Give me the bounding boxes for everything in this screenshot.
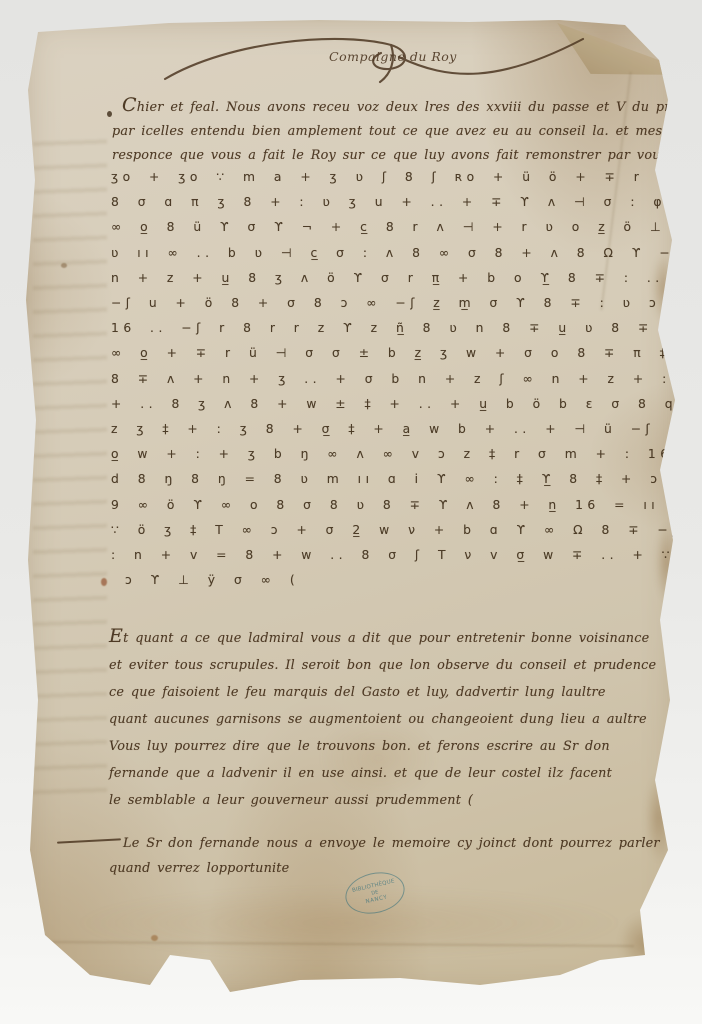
handwritten-line: par icelles entendu bien amplement tout … [112, 120, 668, 144]
handwritten-line: le semblable a leur gouverneur aussi pru… [109, 787, 669, 814]
ink-bleed-through [33, 131, 107, 799]
handwritten-line: Vous luy pourrez dire que le trouvons bo… [109, 733, 669, 760]
cipher-line: + .. 8 ʒ ʌ 8 + w ± ‡ + .. + u̲ b ö b ε σ… [111, 392, 671, 417]
cipher-line: ɔ ϒ ⊥ ÿ σ ∞ ( [111, 568, 671, 593]
cipher-line: d 8 ŋ 8 ŋ = 8 ʋ m ıı ɑ i ϒ ∞ : ‡ ϒ̲ 8 ‡ … [111, 467, 671, 492]
handwritten-line: quant aucunes garnisons se augmentoient … [109, 706, 669, 733]
header-title: Compaigne du Roy [329, 49, 457, 64]
handwritten-line: ce que faisoient le feu marquis del Gast… [109, 679, 669, 706]
second-paragraph: Et quant a ce que ladmiral vous a dit qu… [109, 623, 669, 814]
stamp-text: NANCY [365, 894, 388, 905]
cipher-line: : n + v = 8 + w .. 8 σ ʃ T ν v σ̲ w ∓ ..… [111, 543, 671, 568]
handwritten-line: Chier et feal. Nous avons receu voz deux… [112, 93, 668, 120]
rust-spot [101, 578, 107, 586]
cipher-line: ∞ o̲ + ∓ r ü ⊣ σ σ ± b z̲ ʒ w + σ o 8 ∓ … [111, 341, 671, 366]
cipher-line: 16 .. −ʃ r 8 r r z ϒ z ñ̲ 8 ʋ n 8 ∓ u̲ ʋ… [111, 316, 671, 341]
cipher-line: z ʒ ‡ + : ʒ 8 + σ̲ ‡ + a̲ w b + .. + ⊣ ü… [111, 417, 671, 442]
handwritten-line: fernande que a ladvenir il en use ainsi.… [109, 760, 669, 787]
handwritten-line: Et quant a ce que ladmiral vous a dit qu… [109, 623, 669, 652]
manuscript-page: Compaigne du Roy Chier et feal. Nous avo… [19, 13, 683, 1001]
torn-edge-stain [619, 913, 669, 973]
photo-background: Compaigne du Roy Chier et feal. Nous avo… [0, 0, 702, 1024]
cipher-line: ʒo + ʒo ∵ m a + ʒ ʋ ʃ 8 ʃ ʀo + ü ö + ∓ r… [111, 165, 671, 190]
cipher-line: ʋ ıı ∞ .. b ʋ ⊣ c̲ σ : ʌ 8 ∞ σ 8 + ʌ 8 Ω… [111, 241, 671, 266]
handwritten-line: et eviter tous scrupules. Il seroit bon … [109, 652, 669, 679]
cipher-line: n + z + u̲ 8 ʒ ʌ ö ϒ σ r π̲ + b o ϒ̲ 8 ∓… [111, 266, 671, 291]
cipher-line: 8 σ ɑ π ʒ 8 + : ʋ ʒ u + .. + ∓ ϒ ʌ ⊣ σ :… [111, 190, 671, 215]
cipher-line: 8 ∓ ʌ + n + ʒ .. + σ b n + z ʃ ∞ n + z +… [111, 367, 671, 392]
cipher-line: o̲ w + : + ʒ b ŋ ∞ ʌ ∞ v ɔ z ‡ r σ m + :… [111, 442, 671, 467]
opening-paragraph: Chier et feal. Nous avons receu voz deux… [112, 93, 668, 168]
handwritten-line: Le Sr don fernande nous a envoye le memo… [109, 831, 669, 856]
cipher-line: ∵ ö ʒ ‡ T ∞ ɔ + σ 2̲ w ν + b ɑ ϒ ∞ Ω 8 ∓… [111, 518, 671, 543]
cipher-line: −ʃ u + ö 8 + σ 8 ɔ ∞ −ʃ z̲ m̲ σ ϒ 8 ∓ : … [111, 291, 671, 316]
fox-spot [61, 263, 67, 268]
cipher-line: 9 ∞ ö ϒ ∞ o 8 σ 8 ʋ 8 ∓ ϒ ʌ 8 + n̲ 16 = … [111, 493, 671, 518]
cipher-block: ʒo + ʒo ∵ m a + ʒ ʋ ʃ 8 ʃ ʀo + ü ö + ∓ r… [111, 165, 671, 593]
cipher-line: ∞ o̲ 8 ü ϒ σ ϒ ¬ + c̲ 8 r ʌ ⊣ + r ʋ o z̲… [111, 215, 671, 240]
